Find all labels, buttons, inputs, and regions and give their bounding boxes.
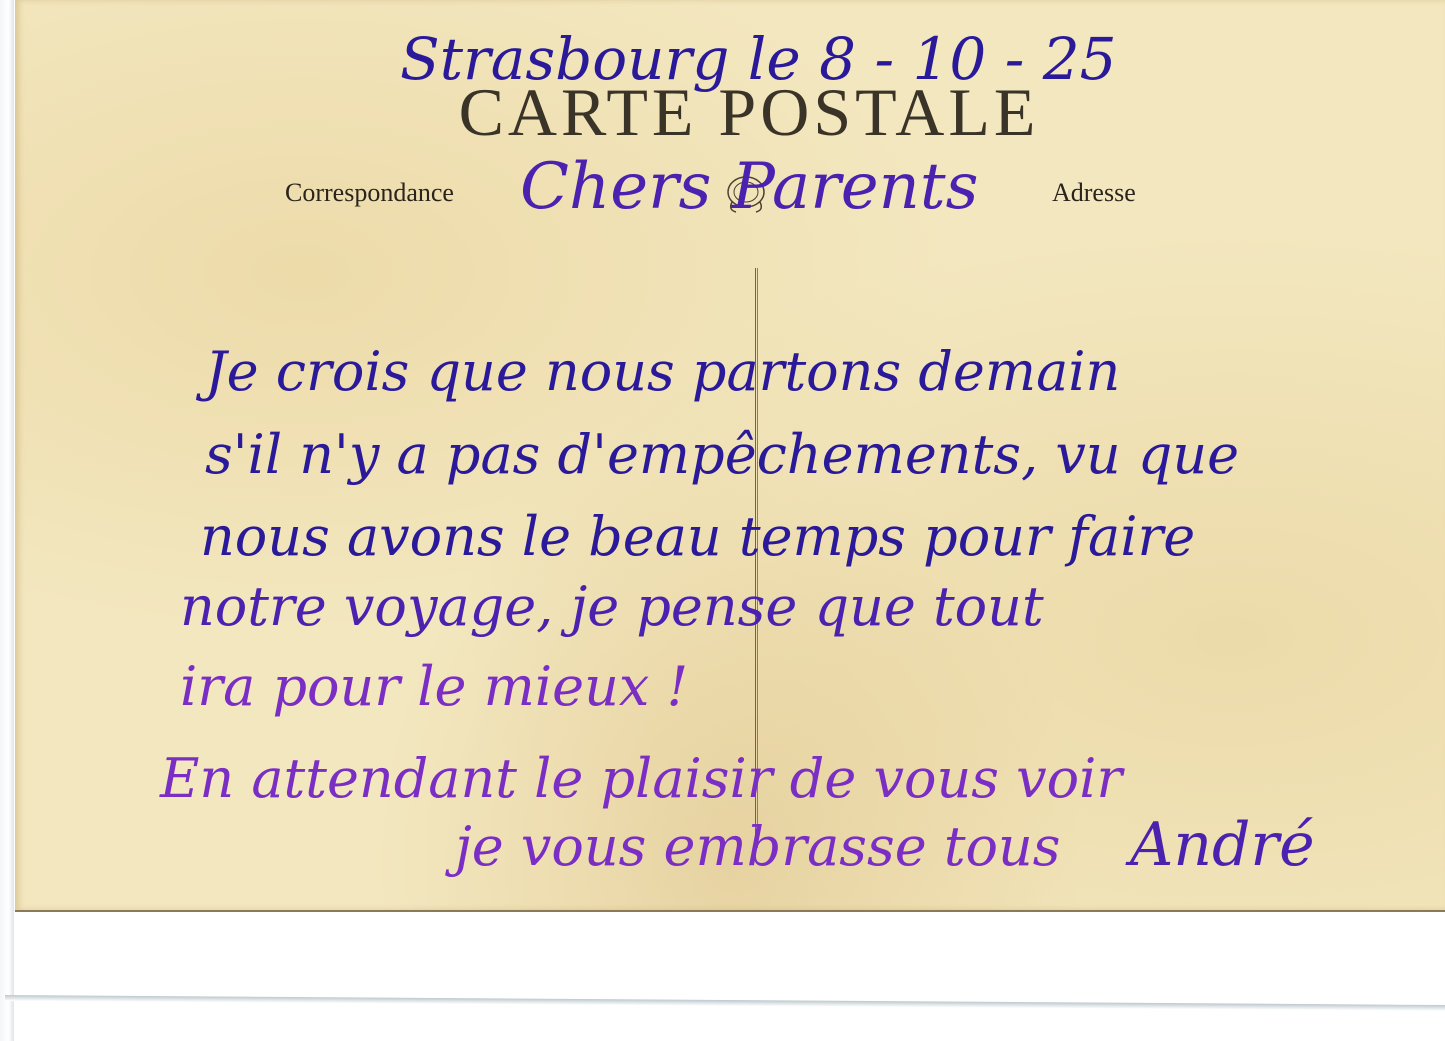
handwritten-line: s'il n'y a pas d'empêchements, vu que — [205, 428, 1239, 482]
handwritten-line: Je crois que nous partons demain — [205, 345, 1120, 399]
handwritten-line: je vous embrasse tous — [455, 820, 1061, 874]
handwritten-dateline: Strasbourg le 8 - 10 - 25 — [400, 30, 1117, 88]
handwritten-salutation: Chers Parents — [520, 155, 978, 219]
handwritten-signature: André — [1130, 815, 1315, 875]
handwritten-line: En attendant le plaisir de vous voir — [160, 752, 1122, 806]
correspondance-label: Correspondance — [285, 178, 454, 208]
adresse-label: Adresse — [1052, 178, 1136, 208]
scan-sleeve-edge-bottom — [5, 995, 1445, 1011]
handwritten-line: ira pour le mieux ! — [180, 660, 688, 714]
handwritten-line: notre voyage, je pense que tout — [180, 580, 1044, 634]
scan-sleeve-edge-left — [0, 0, 14, 1041]
handwritten-line: nous avons le beau temps pour faire — [200, 510, 1195, 564]
